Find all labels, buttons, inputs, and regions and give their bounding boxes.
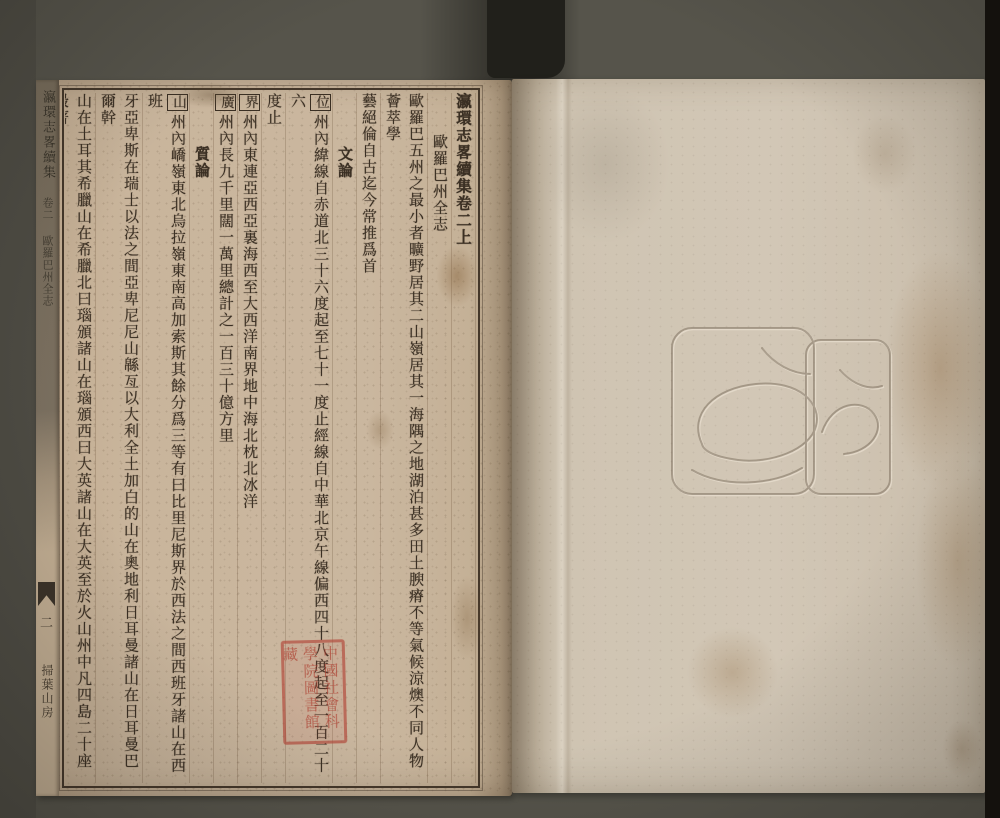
text-frame-border: 瀛環志畧續集卷二上歐羅巴州全志歐羅巴五州之最小者曠野居其二山嶺居其一海隅之地湖泊…: [62, 88, 480, 788]
section-box-char: 廣: [215, 94, 236, 111]
stain: [685, 625, 780, 720]
printed-page: 瀛環志畧續集 卷二 歐羅巴州全志 二 掃葉山房 瀛環志畧續集卷二上歐羅巴州全志歐…: [36, 80, 512, 796]
cover-title-label: 瀛環志畧續集 卷二 歐羅巴州全志: [39, 90, 56, 470]
book-scan-scene: 瀛環志畧續集 卷二 歐羅巴州全志 二 掃葉山房 瀛環志畧續集卷二上歐羅巴州全志歐…: [0, 0, 1000, 818]
stain: [942, 719, 982, 779]
section-box-char: 位: [310, 94, 331, 111]
gutter-shadow-left-page: [470, 80, 512, 796]
blank-verso-page: [512, 79, 985, 793]
cover-volume-line: 卷二 歐羅巴州全志: [41, 197, 54, 307]
table-background-left: [0, 0, 36, 818]
text-column: 界州內東連亞西亞裏海西至大西洋南界地中海北枕北冰洋: [238, 93, 262, 783]
page-crease: [556, 79, 572, 793]
text-column: 質論: [190, 93, 214, 783]
text-column: 牙亞卑斯在瑞士以法之間亞卑尼尼山緜亙以大利全土加白的山在奧地利日耳曼諸山在日耳曼…: [96, 93, 143, 783]
text-columns: 瀛環志畧續集卷二上歐羅巴州全志歐羅巴五州之最小者曠野居其二山嶺居其一海隅之地湖泊…: [65, 91, 477, 785]
cover-edge-strip: 瀛環志畧續集 卷二 歐羅巴州全志 二 掃葉山房: [36, 80, 59, 796]
section-box-char: 山: [167, 94, 188, 111]
text-column: 山在土耳其希臘山在希臘北曰瑙頒諸山在瑙頒西曰大英諸山在大英至於火山州中凡四島二十…: [65, 93, 96, 783]
text-column: 歐羅巴州全志: [428, 93, 452, 783]
section-box-char: 界: [239, 94, 260, 111]
text-column: 歐羅巴五州之最小者曠野居其二山嶺居其一海隅之地湖泊甚多田土腴瘠不等氣候涼燠不同人…: [381, 93, 428, 783]
stain: [852, 114, 917, 194]
folio-number: 二: [38, 612, 55, 631]
cover-series-title: 瀛環志畧續集: [40, 90, 55, 180]
publisher-colophon: 掃葉山房: [38, 664, 55, 784]
binding-clamp: [487, 0, 565, 78]
text-column: 山州內嶠嶺東北烏拉嶺東南高加索斯其餘分爲三等有曰比里尼斯界於西法之間西班牙諸山在…: [143, 93, 190, 783]
text-column: 廣州內長九千里闊一萬里總計之一百三十億方里: [214, 93, 238, 783]
stain: [885, 249, 995, 489]
book-spine-edge: [985, 0, 1000, 818]
fishtail-mark: [38, 582, 55, 606]
text-column: 藝絕倫自古迄今常推爲首: [357, 93, 381, 783]
gutter-shadow-right-page: [512, 79, 558, 793]
library-seal: 中國社會科學院圖書館藏: [281, 639, 348, 745]
